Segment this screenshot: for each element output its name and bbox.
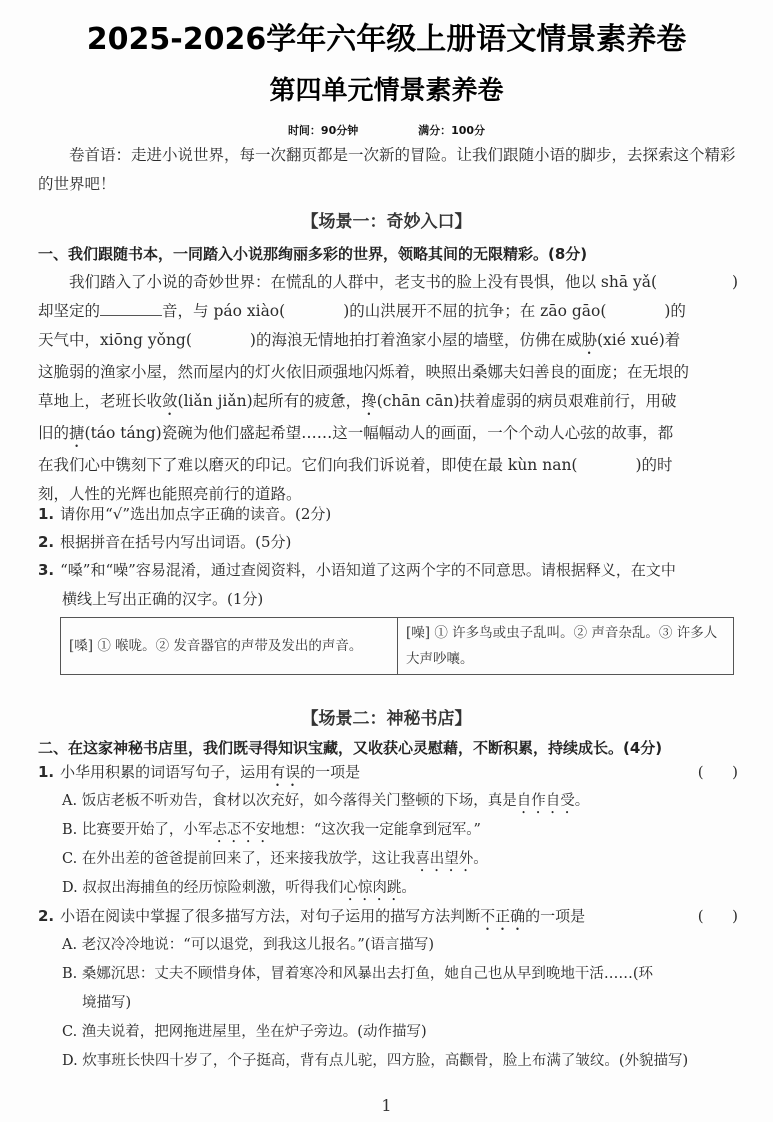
question-2-heading: 二、在这家神秘书店里，我们既寻得知识宝藏，又收获心灵慰藉，不断积累，持续成长。(… — [38, 737, 748, 758]
exam-meta: 时间：90分钟 满分：100分 — [0, 122, 773, 138]
answer-blank[interactable] — [100, 299, 162, 316]
scene2-title: 【场景二：神秘书店】 — [0, 704, 773, 729]
q2-1-option-c: C. 在外出差的爸爸提前回来了，还来接我放学，这让我喜出望外。 — [62, 845, 742, 875]
answer-bracket[interactable]: ( ) — [698, 902, 738, 931]
exam-subtitle: 第四单元情景素养卷 — [0, 70, 773, 107]
q2-sub-2: 2.小语在阅读中掌握了很多描写方法，对句子运用的描写方法判断不正确的一项是 ( … — [38, 902, 738, 934]
q2-1-option-a: A. 饭店老板不听劝告，食材以次充好，如今落得关门整顿的下场，真是自作自受。 — [62, 787, 742, 817]
full-score: 满分：100分 — [418, 124, 485, 137]
q2-sub-1: 1.小华用积累的词语写句子，运用有误的一项是 ( ) — [38, 758, 738, 790]
q2-1-option-d: D. 叔叔出海捕鱼的经历惊险刺激，听得我们心惊肉跳。 — [62, 874, 742, 904]
definition-table: [嗓] ① 喉咙。② 发音器官的声带及发出的声音。 [噪] ① 许多鸟或虫子乱叫… — [60, 617, 734, 675]
sub-question-2: 2.根据拼音在括号内写出词语。(5分) — [38, 528, 738, 557]
answer-bracket[interactable]: ( ) — [698, 758, 738, 787]
q2-2-option-b: B. 桑娜沉思：丈夫不顾惜身体，冒着寒冷和风暴出去打鱼，她自己也从早到晚地干活…… — [62, 960, 742, 1018]
definition-sang: [嗓] ① 喉咙。② 发音器官的声带及发出的声音。 — [61, 618, 398, 674]
scene1-title: 【场景一：奇妙入口】 — [0, 207, 773, 232]
definition-zao: [噪] ① 许多鸟或虫子乱叫。② 声音杂乱。③ 许多人大声吵嚷。 — [398, 618, 733, 674]
question-1-heading: 一、我们跟随书本，一同踏入小说那绚丽多彩的世界，领略其间的无限精彩。(8分) — [38, 243, 748, 264]
page-number: 1 — [0, 1096, 773, 1115]
q2-1-option-b: B. 比赛要开始了，小军忐忑不安地想：“这次我一定能拿到冠军。” — [62, 816, 742, 846]
time-limit: 时间：90分钟 — [288, 124, 358, 137]
scene1-passage: 我们踏入了小说的奇妙世界：在慌乱的人群中，老支书的脸上没有畏惧，他以 shā y… — [38, 268, 738, 509]
preface: 卷首语：走进小说世界，每一次翻页都是一次新的冒险。让我们跟随小语的脚步，去探索这… — [38, 141, 738, 199]
sub-question-1: 1.请你用“√”选出加点字正确的读音。(2分) — [38, 500, 738, 529]
exam-title: 2025-2026学年六年级上册语文情景素养卷 — [0, 14, 773, 58]
q2-2-option-a: A. 老汉冷冷地说：“可以退党，到我这儿报名。”(语言描写) — [62, 931, 742, 960]
sub-question-3: 3.“嗓”和“噪”容易混淆，通过查阅资料，小语知道了这两个字的不同意思。请根据释… — [38, 556, 738, 614]
q2-2-option-c: C. 渔夫说着，把网拖进屋里，坐在炉子旁边。(动作描写) — [62, 1018, 742, 1047]
q2-2-option-d: D. 炊事班长快四十岁了，个子挺高，背有点儿驼，四方脸，高颧骨，脸上布满了皱纹。… — [62, 1047, 742, 1076]
